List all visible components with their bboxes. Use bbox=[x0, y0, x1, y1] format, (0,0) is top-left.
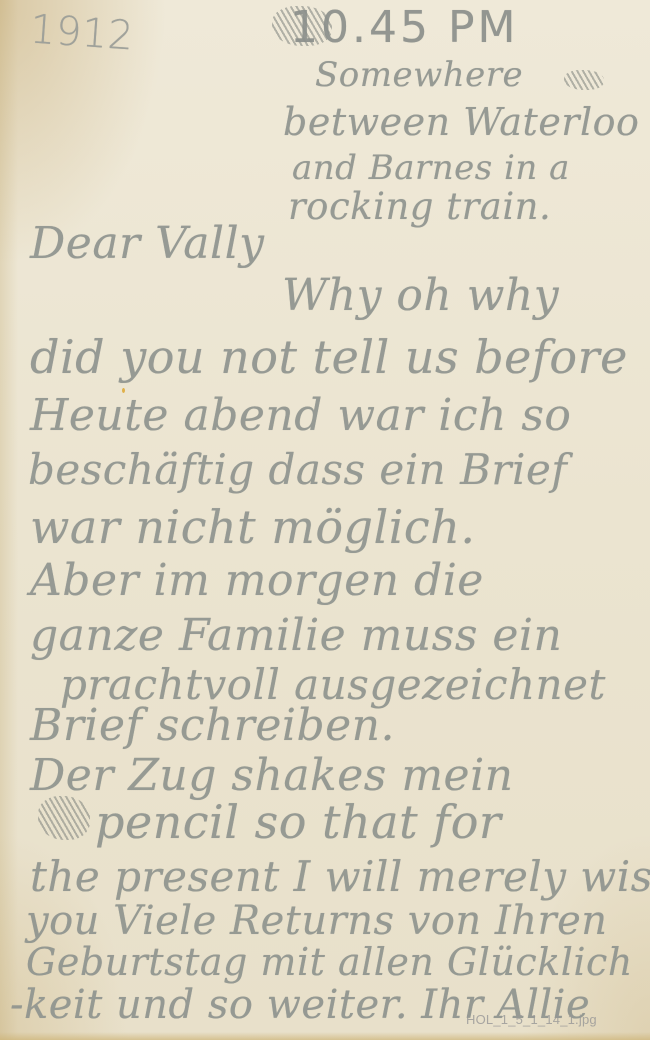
body-line: pencil so that for bbox=[95, 795, 501, 849]
location-line: Somewhere bbox=[315, 55, 523, 95]
year-annotation: 1912 bbox=[29, 6, 136, 59]
body-line: you Viele Returns von Ihren bbox=[26, 898, 608, 944]
file-watermark: HOL_1_5_1_14_1.jpg bbox=[466, 1012, 597, 1027]
body-line: war nicht möglich. bbox=[30, 500, 475, 554]
body-line: Der Zug shakes mein bbox=[30, 750, 514, 801]
body-line: Brief schreiben. bbox=[30, 700, 395, 751]
body-line: did you not tell us before bbox=[30, 330, 628, 384]
body-line: ganze Familie muss ein bbox=[30, 610, 562, 661]
time-annotation: 10.45 PM bbox=[290, 2, 518, 53]
postcard: 1912 10.45 PM Somewhere between Waterloo… bbox=[0, 0, 650, 1040]
body-line: the present I will merely wish bbox=[30, 852, 650, 901]
body-line: Aber im morgen die bbox=[30, 555, 484, 606]
body-line: beschäftig dass ein Brief bbox=[28, 445, 567, 494]
salutation: Dear Vally bbox=[30, 218, 265, 269]
location-line: and Barnes in a bbox=[292, 148, 570, 188]
crossed-out-scribble bbox=[564, 70, 604, 90]
body-line: Geburtstag mit allen Glücklich bbox=[26, 940, 633, 984]
body-line: Heute abend war ich so bbox=[30, 390, 571, 441]
location-line: rocking train. bbox=[288, 185, 551, 228]
body-line: Why oh why bbox=[282, 270, 559, 321]
location-line: between Waterloo bbox=[283, 100, 639, 144]
crossed-out-scribble bbox=[38, 796, 90, 840]
